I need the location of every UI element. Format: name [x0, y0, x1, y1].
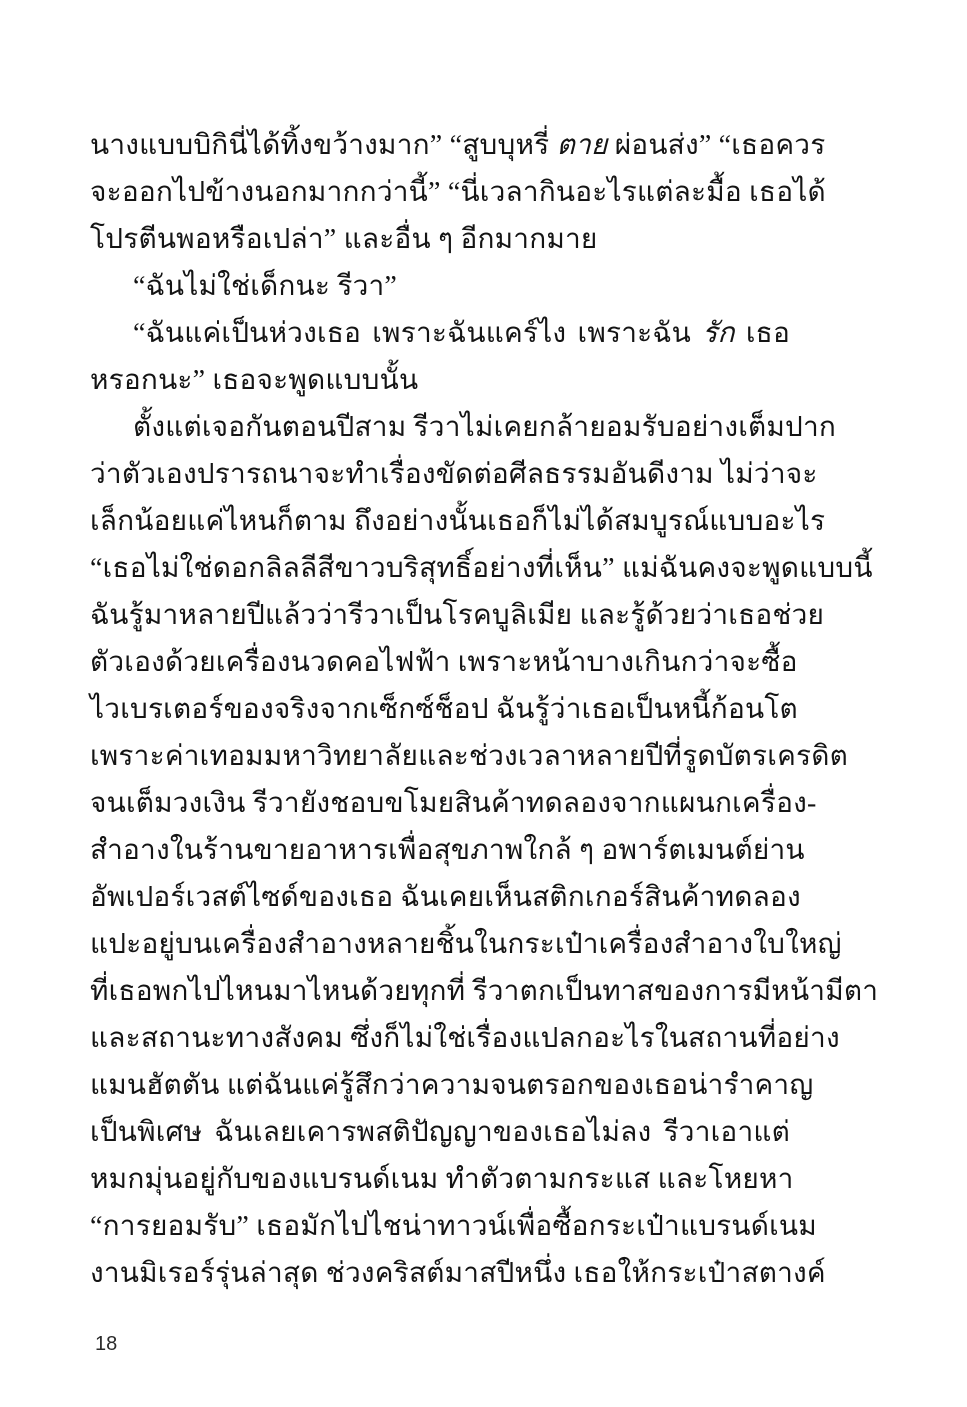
text-line: สำอางในร้านขายอาหารเพื่อสุขภาพใกล้ ๆ อพา…	[90, 827, 790, 874]
text-line: เล็กน้อยแค่ไหนก็ตาม ถึงอย่างนั้นเธอก็ไม่…	[90, 498, 790, 545]
text-segment: แปะอยู่บนเครื่องสำอางหลายชิ้นในกระเป๋าเค…	[90, 929, 842, 960]
text-line: แมนฮัตตัน แต่ฉันแค่รู้สึกว่าความจนตรอกขอ…	[90, 1062, 790, 1109]
text-segment: อัพเปอร์เวสต์ไซด์ของเธอ ฉันเคยเห็นสติกเก…	[90, 882, 801, 913]
text-line: “เธอไม่ใช่ดอกลิลลีสีขาวบริสุทธิ์อย่างที่…	[90, 545, 790, 592]
text-segment: หรอกนะ” เธอจะพูดแบบนั้น	[90, 365, 418, 396]
text-segment: ฉันรู้มาหลายปีแล้วว่ารีวาเป็นโรคบูลิเมีย…	[90, 600, 824, 631]
text-segment: หมกมุ่นอยู่กับของแบรนด์เนม ทำตัวตามกระแส…	[90, 1164, 794, 1195]
text-segment: “ฉันไม่ใช่เด็กนะ รีวา”	[133, 271, 397, 302]
text-segment: จนเต็มวงเงิน รีวายังชอบขโมยสินค้าทดลองจา…	[90, 788, 817, 819]
text-segment: เล็กน้อยแค่ไหนก็ตาม ถึงอย่างนั้นเธอก็ไม่…	[90, 506, 825, 537]
text-segment: จะออกไปข้างนอกมากกว่านี้” “นี่เวลากินอะไ…	[90, 177, 826, 208]
body-text: นางแบบบิกินี่ได้ทิ้งขว้างมาก” “สูบบุหรี่…	[90, 122, 790, 1297]
text-segment: ที่เธอพกไปไหนมาไหนด้วยทุกที่ รีวาตกเป็นท…	[90, 976, 878, 1007]
text-line: ตัวเองด้วยเครื่องนวดคอไฟฟ้า เพราะหน้าบาง…	[90, 639, 790, 686]
text-segment: ตัวเองด้วยเครื่องนวดคอไฟฟ้า เพราะหน้าบาง…	[90, 647, 798, 678]
text-segment: ว่าตัวเองปรารถนาจะทำเรื่องขัดต่อศีลธรรมอ…	[90, 459, 818, 490]
text-segment: นางแบบบิกินี่ได้ทิ้งขว้างมาก” “สูบบุหรี่	[90, 130, 557, 161]
text-line: ไวเบรเตอร์ของจริงจากเซ็กซ์ช็อป ฉันรู้ว่า…	[90, 686, 790, 733]
text-segment: และสถานะทางสังคม ซึ่งก็ไม่ใช่เรื่องแปลกอ…	[90, 1023, 840, 1054]
text-line: เป็นพิเศษ ฉันเลยเคารพสติปัญญาของเธอไม่ลง…	[90, 1109, 790, 1156]
text-line: ว่าตัวเองปรารถนาจะทำเรื่องขัดต่อศีลธรรมอ…	[90, 451, 790, 498]
text-segment: “ฉันแค่เป็นห่วงเธอ เพราะฉันแคร์ไง เพราะฉ…	[133, 318, 702, 349]
text-segment: ไวเบรเตอร์ของจริงจากเซ็กซ์ช็อป ฉันรู้ว่า…	[90, 694, 798, 725]
text-line: ที่เธอพกไปไหนมาไหนด้วยทุกที่ รีวาตกเป็นท…	[90, 968, 790, 1015]
text-segment: ผ่อนส่ง” “เธอควร	[608, 130, 826, 161]
text-segment: “การยอมรับ” เธอมักไปไชน่าทาวน์เพื่อซื้อก…	[90, 1211, 817, 1242]
text-line: จนเต็มวงเงิน รีวายังชอบขโมยสินค้าทดลองจา…	[90, 780, 790, 827]
text-line: หมกมุ่นอยู่กับของแบรนด์เนม ทำตัวตามกระแส…	[90, 1156, 790, 1203]
text-segment: เป็นพิเศษ ฉันเลยเคารพสติปัญญาของเธอไม่ลง…	[90, 1117, 790, 1148]
text-line: และสถานะทางสังคม ซึ่งก็ไม่ใช่เรื่องแปลกอ…	[90, 1015, 790, 1062]
text-line: จะออกไปข้างนอกมากกว่านี้” “นี่เวลากินอะไ…	[90, 169, 790, 216]
text-line: “ฉันแค่เป็นห่วงเธอ เพราะฉันแคร์ไง เพราะฉ…	[90, 310, 790, 357]
text-segment: โปรตีนพอหรือเปล่า” และอื่น ๆ อีกมากมาย	[90, 224, 598, 255]
text-line: โปรตีนพอหรือเปล่า” และอื่น ๆ อีกมากมาย	[90, 216, 790, 263]
text-line: นางแบบบิกินี่ได้ทิ้งขว้างมาก” “สูบบุหรี่…	[90, 122, 790, 169]
emphasized-text: ตาย	[557, 130, 608, 161]
text-segment: แมนฮัตตัน แต่ฉันแค่รู้สึกว่าความจนตรอกขอ…	[90, 1070, 813, 1101]
text-line: ตั้งแต่เจอกันตอนปีสาม รีวาไม่เคยกล้ายอมร…	[90, 404, 790, 451]
book-page: นางแบบบิกินี่ได้ทิ้งขว้างมาก” “สูบบุหรี่…	[0, 0, 967, 1407]
text-line: “การยอมรับ” เธอมักไปไชน่าทาวน์เพื่อซื้อก…	[90, 1203, 790, 1250]
text-line: “ฉันไม่ใช่เด็กนะ รีวา”	[90, 263, 790, 310]
text-segment: “เธอไม่ใช่ดอกลิลลีสีขาวบริสุทธิ์อย่างที่…	[90, 553, 873, 584]
text-line: งานมิเรอร์รุ่นล่าสุด ช่วงคริสต์มาสปีหนึ่…	[90, 1250, 790, 1297]
text-line: อัพเปอร์เวสต์ไซด์ของเธอ ฉันเคยเห็นสติกเก…	[90, 874, 790, 921]
text-segment: เพราะค่าเทอมมหาวิทยาลัยและช่วงเวลาหลายปี…	[90, 741, 848, 772]
text-line: เพราะค่าเทอมมหาวิทยาลัยและช่วงเวลาหลายปี…	[90, 733, 790, 780]
page-number: 18	[95, 1330, 117, 1358]
emphasized-text: รัก	[702, 318, 734, 349]
text-segment: งานมิเรอร์รุ่นล่าสุด ช่วงคริสต์มาสปีหนึ่…	[90, 1258, 826, 1289]
text-segment: ตั้งแต่เจอกันตอนปีสาม รีวาไม่เคยกล้ายอมร…	[133, 412, 836, 443]
text-line: ฉันรู้มาหลายปีแล้วว่ารีวาเป็นโรคบูลิเมีย…	[90, 592, 790, 639]
text-segment: เธอ	[735, 318, 790, 349]
text-line: แปะอยู่บนเครื่องสำอางหลายชิ้นในกระเป๋าเค…	[90, 921, 790, 968]
text-segment: สำอางในร้านขายอาหารเพื่อสุขภาพใกล้ ๆ อพา…	[90, 835, 805, 866]
text-line: หรอกนะ” เธอจะพูดแบบนั้น	[90, 357, 790, 404]
